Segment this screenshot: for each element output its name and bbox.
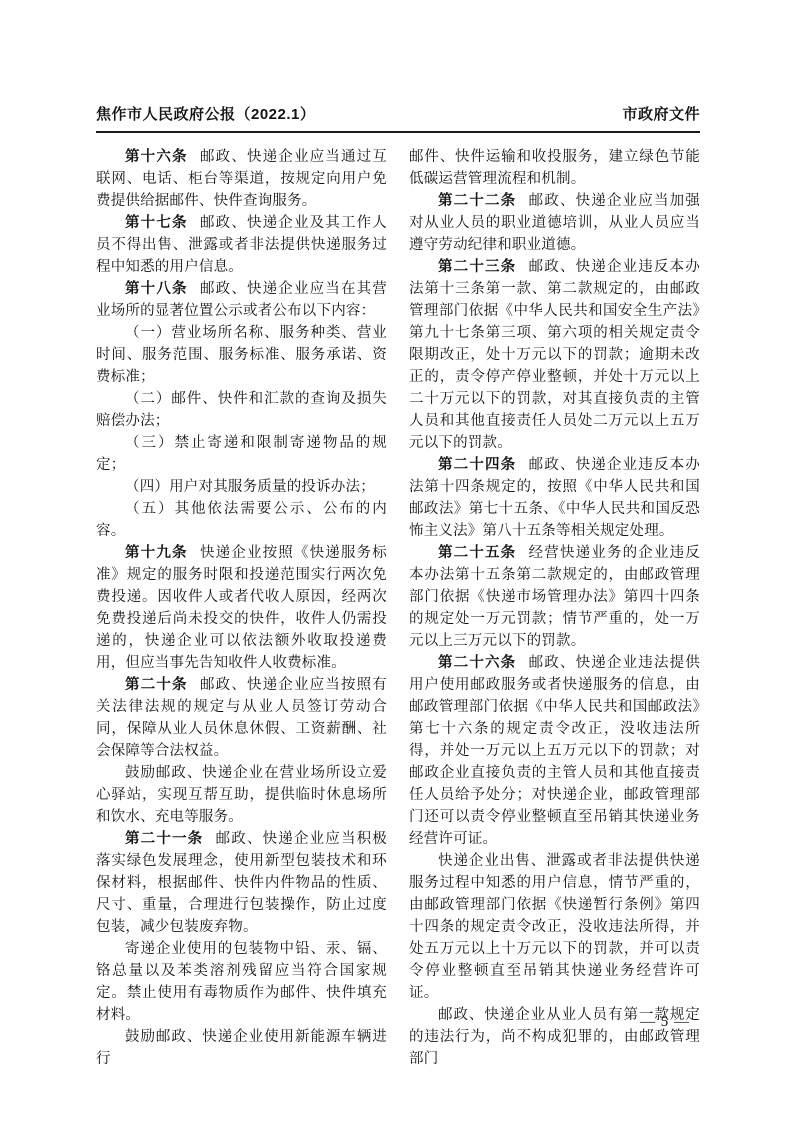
para-article-17: 第十七条邮政、快递企业及其工作人员不得出售、泄露或者非法提供快递服务过程中知悉的… <box>96 212 387 278</box>
list-item-1: （一）营业场所名称、服务种类、营业时间、服务范围、服务标准、服务承诺、资费标准； <box>96 322 387 388</box>
article-number: 第十七条 <box>125 215 188 231</box>
article-number: 第二十六条 <box>438 655 516 671</box>
article-number: 第二十条 <box>125 677 188 693</box>
para-article-21: 第二十一条邮政、快递企业应当积极落实绿色发展理念，使用新型包装技术和环保材料，根… <box>96 828 387 938</box>
document-category-label: 市政府文件 <box>622 103 700 124</box>
paragraph-text: （二）邮件、快件和汇款的查询及损失赔偿办法； <box>96 391 387 429</box>
article-number: 第二十四条 <box>438 457 516 473</box>
paragraph-text: （一）营业场所名称、服务种类、营业时间、服务范围、服务标准、服务承诺、资费标准； <box>96 325 387 385</box>
list-item-4: （四）用户对其服务质量的投诉办法； <box>96 476 387 498</box>
paragraph: 鼓励邮政、快递企业使用新能源车辆进行 <box>96 1026 387 1070</box>
paragraph-text: （五）其他依法需要公示、公布的内容。 <box>96 501 387 539</box>
article-number: 第十九条 <box>125 545 188 561</box>
gazette-title: 焦作市人民政府公报（2022.1） <box>96 103 315 124</box>
left-column: 第十六条邮政、快递企业应当通过互联网、电话、柜台等渠道，按规定向用户免费提供给据… <box>96 146 387 1070</box>
page-footer: — 5 — <box>96 1014 700 1031</box>
article-number: 第十六条 <box>125 149 188 165</box>
article-number: 第二十五条 <box>438 545 516 561</box>
paragraph-text: 快递企业按照《快递服务标准》规定的服务时限和投递范围实行两次免费投递。因收件人或… <box>96 545 387 671</box>
para-article-16: 第十六条邮政、快递企业应当通过互联网、电话、柜台等渠道，按规定向用户免费提供给据… <box>96 146 387 212</box>
paragraph-text: 快递企业出售、泄露或者非法提供快递服务过程中知悉的用户信息，情节严重的，由邮政管… <box>409 853 700 1001</box>
article-number: 第二十二条 <box>438 193 516 209</box>
para-article-23: 第二十三条邮政、快递企业违反本办法第十三条第一款、第二款规定的，由邮政管理部门依… <box>409 256 700 454</box>
gazette-page: 焦作市人民政府公报（2022.1） 市政府文件 第十六条邮政、快递企业应当通过互… <box>0 0 793 1122</box>
page-header: 焦作市人民政府公报（2022.1） 市政府文件 <box>96 103 700 124</box>
para-article-22: 第二十二条邮政、快递企业应当加强对从业人员的职业道德培训，从业人员应当遵守劳动纪… <box>409 190 700 256</box>
para-article-25: 第二十五条经营快递业务的企业违反本办法第十五条第二款规定的，由邮政管理部门依据《… <box>409 542 700 652</box>
list-item-2: （二）邮件、快件和汇款的查询及损失赔偿办法； <box>96 388 387 432</box>
para-article-24: 第二十四条邮政、快递企业违反本办法第十四条规定的，按照《中华人民共和国邮政法》第… <box>409 454 700 542</box>
paragraph-text: （四）用户对其服务质量的投诉办法； <box>125 479 375 495</box>
para-article-19: 第十九条快递企业按照《快递服务标准》规定的服务时限和投递范围实行两次免费投递。因… <box>96 542 387 674</box>
paragraph-text: 邮政、快递企业违反本办法第十三条第一款、第二款规定的，由邮政管理部门依据《中华人… <box>409 259 700 451</box>
paragraph-text: 鼓励邮政、快递企业使用新能源车辆进行 <box>96 1029 387 1067</box>
page-number: — 5 — <box>640 1014 690 1030</box>
paragraph: 快递企业出售、泄露或者非法提供快递服务过程中知悉的用户信息，情节严重的，由邮政管… <box>409 850 700 1004</box>
para-article-20: 第二十条邮政、快递企业应当按照有关法律法规的规定与从业人员签订劳动合同，保障从业… <box>96 674 387 762</box>
para-article-26: 第二十六条邮政、快递企业违法提供用户使用邮政服务或者快递服务的信息，由邮政管理部… <box>409 652 700 850</box>
paragraph-text: 邮件、快件运输和收投服务，建立绿色节能低碳运营管理流程和机制。 <box>409 149 700 187</box>
paragraph-text: 邮政、快递企业违法提供用户使用邮政服务或者快递服务的信息，由邮政管理部门依据《中… <box>409 655 700 847</box>
paragraph: 鼓励邮政、快递企业在营业场所设立爱心驿站，实现互帮互助，提供临时休息场所和饮水、… <box>96 762 387 828</box>
paragraph-text: 寄递企业使用的包装物中铅、汞、镉、铬总量以及苯类溶剂残留应当符合国家规定。禁止使… <box>96 941 387 1023</box>
header-divider <box>96 131 700 133</box>
article-number: 第二十三条 <box>438 259 516 275</box>
article-number: 第十八条 <box>125 281 188 297</box>
paragraph-text: （三）禁止寄递和限制寄递物品的规定； <box>96 435 387 473</box>
continuation-paragraph: 邮件、快件运输和收投服务，建立绿色节能低碳运营管理流程和机制。 <box>409 146 700 190</box>
article-body: 第十六条邮政、快递企业应当通过互联网、电话、柜台等渠道，按规定向用户免费提供给据… <box>96 146 700 1070</box>
article-number: 第二十一条 <box>125 831 203 847</box>
list-item-5: （五）其他依法需要公示、公布的内容。 <box>96 498 387 542</box>
paragraph: 寄递企业使用的包装物中铅、汞、镉、铬总量以及苯类溶剂残留应当符合国家规定。禁止使… <box>96 938 387 1026</box>
list-item-3: （三）禁止寄递和限制寄递物品的规定； <box>96 432 387 476</box>
paragraph-text: 鼓励邮政、快递企业在营业场所设立爱心驿站，实现互帮互助，提供临时休息场所和饮水、… <box>96 765 387 825</box>
right-column: 邮件、快件运输和收投服务，建立绿色节能低碳运营管理流程和机制。 第二十二条邮政、… <box>409 146 700 1070</box>
para-article-18: 第十八条邮政、快递企业应当在其营业场所的显著位置公示或者公布以下内容： <box>96 278 387 322</box>
